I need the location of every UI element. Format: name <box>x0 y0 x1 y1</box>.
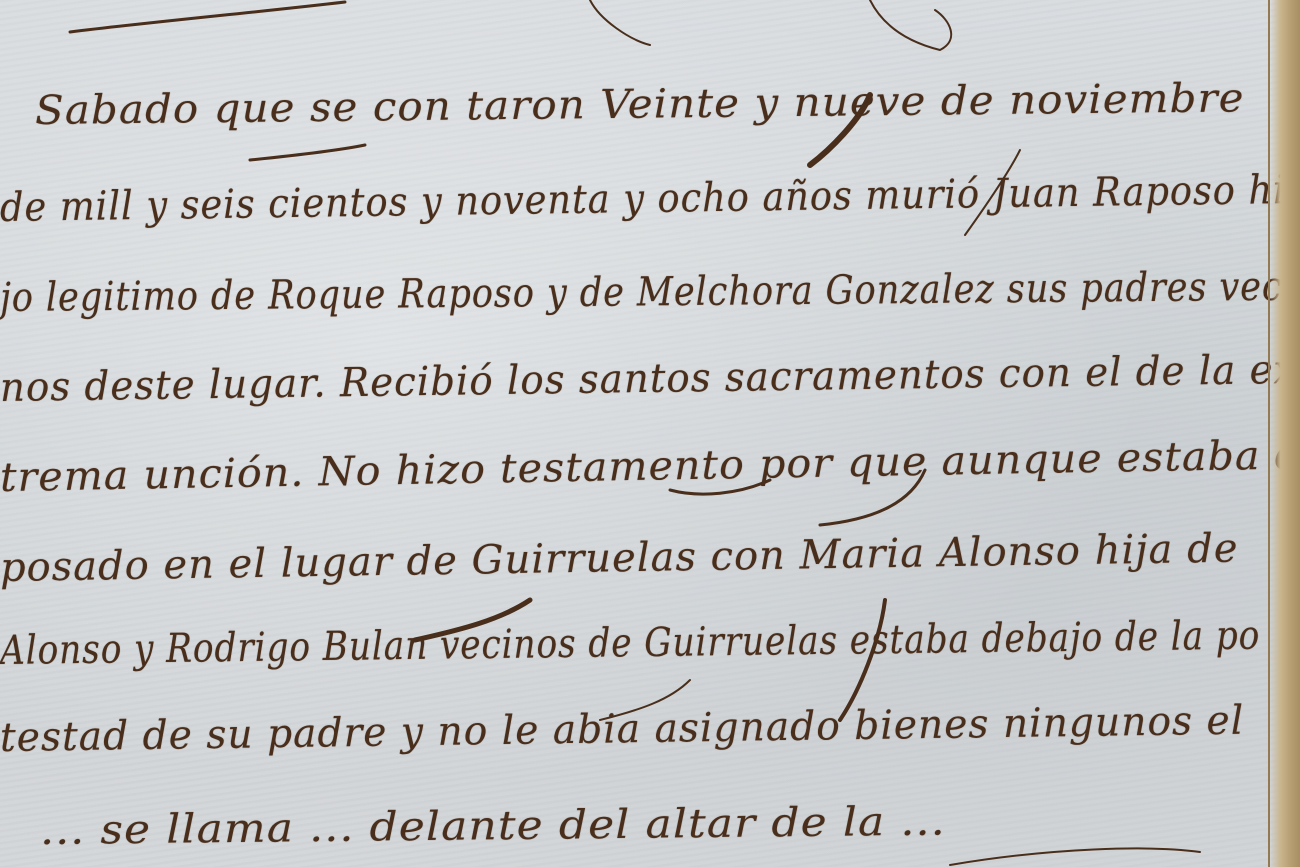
manuscript-line-3: jo legitimo de Roque Raposo y de Melchor… <box>0 264 1295 321</box>
page-edge <box>1268 0 1300 867</box>
manuscript-line-2: de mill y seis cientos y noventa y ocho … <box>0 167 1286 231</box>
manuscript-line-6: posado en el lugar de Guirruelas con Mar… <box>0 526 1239 591</box>
manuscript-line-5: trema unción. No hizo testamento por que… <box>0 432 1300 501</box>
manuscript-line-7: Alonso y Rodrigo Bulan vecinos de Guirru… <box>0 613 1260 674</box>
manuscript-line-4: nos deste lugar. Recibió los santos sacr… <box>0 347 1297 411</box>
manuscript-line-9: ... se llama ... delante del altar de la… <box>40 799 946 854</box>
manuscript-line-1: Sabado que se con taron Veinte y nueve d… <box>35 75 1245 134</box>
manuscript-line-8: testad de su padre y no le abia asignado… <box>0 698 1245 761</box>
manuscript-page: Sabado que se con taron Veinte y nueve d… <box>0 0 1300 867</box>
